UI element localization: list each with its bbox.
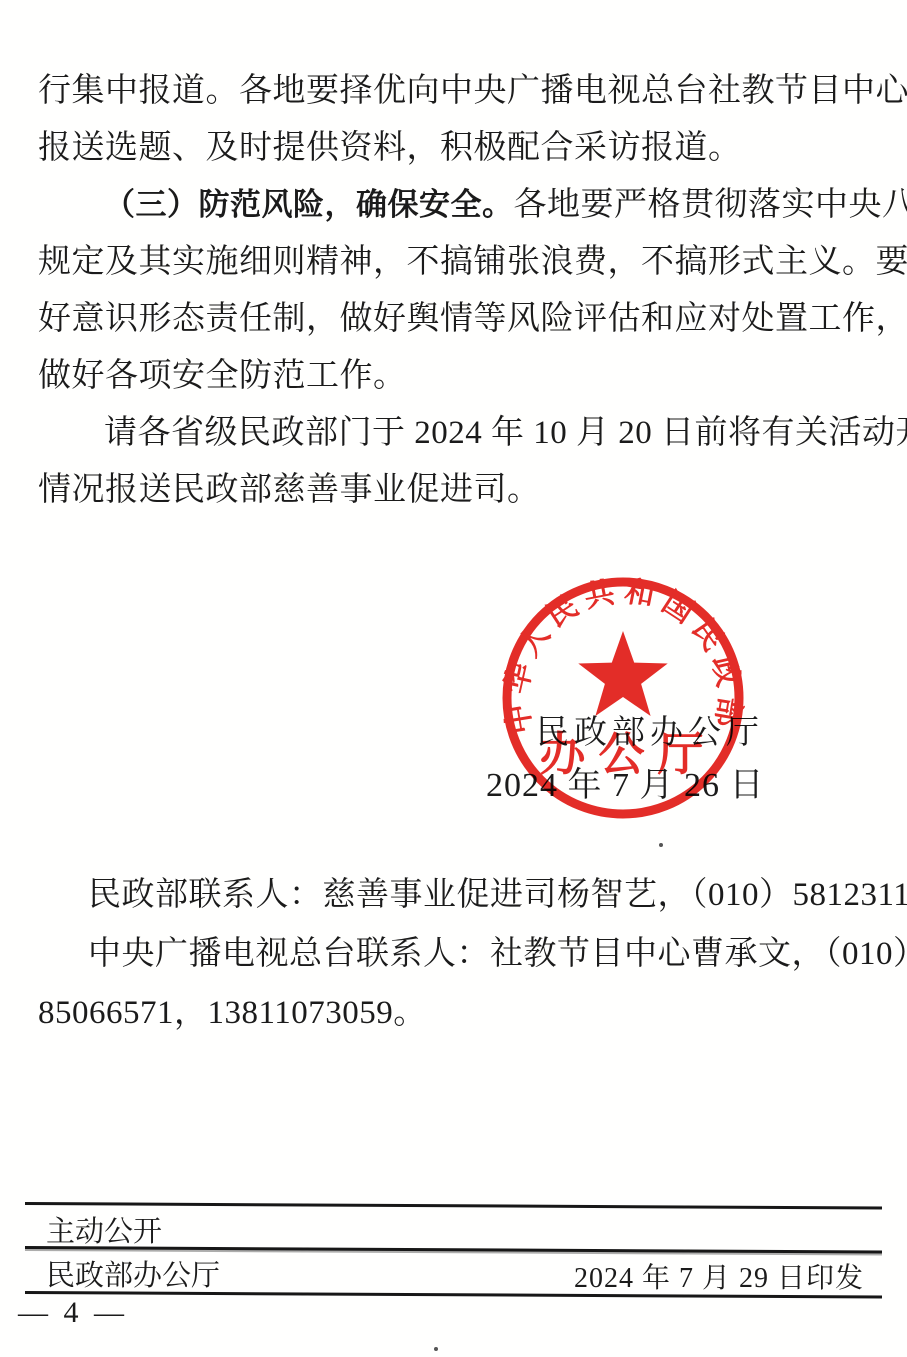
body-text: 行集中报道。各地要择优向中央广播电视总台社教节目中心提前报送选题、及时提供资料，… — [38, 62, 874, 518]
body-line-text: 各地要严格贯彻落实中央八项 — [514, 187, 907, 223]
footer-print-date: 2024 年 7 月 29 日印发 — [574, 1256, 864, 1296]
contact-line: 85066571，13811073059。 — [38, 984, 878, 1043]
contact-line: 中央广播电视总台联系人：社教节目中心曹承文，（010） — [38, 925, 878, 984]
footer-disclosure: 主动公开 — [46, 1209, 162, 1250]
body-line-text: 规定及其实施细则精神，不搞铺张浪费，不搞形式主义。要落实 — [38, 244, 907, 280]
body-line: 做好各项安全防范工作。 — [38, 347, 874, 404]
body-line: （三）防范风险，确保安全。各地要严格贯彻落实中央八项 — [38, 176, 874, 233]
document-page: 行集中报道。各地要择优向中央广播电视总台社教节目中心提前报送选题、及时提供资料，… — [0, 0, 907, 1357]
seal-graphic: 中华人民共和国民政部 办公厅 — [497, 572, 749, 824]
contact-line-text: 85066571，13811073059。 — [38, 995, 427, 1031]
body-line: 报送选题、及时提供资料，积极配合采访报道。 — [38, 119, 874, 176]
body-line-text: 做好各项安全防范工作。 — [38, 358, 407, 394]
star-icon — [578, 631, 667, 716]
contact-line-text: 中央广播电视总台联系人：社教节目中心曹承文，（010） — [88, 936, 907, 972]
page-number: — 4 — — [18, 1296, 128, 1330]
body-line-text: 请各省级民政部门于 2024 年 10 月 20 日前将有关活动开展 — [104, 415, 907, 451]
body-line-text: 情况报送民政部慈善事业促进司。 — [38, 472, 541, 508]
body-line-text: 好意识形态责任制，做好舆情等风险评估和应对处置工作，严格 — [38, 301, 907, 337]
body-line: 请各省级民政部门于 2024 年 10 月 20 日前将有关活动开展 — [38, 404, 874, 461]
scan-dot — [659, 843, 663, 847]
scan-dot — [434, 1347, 438, 1351]
footer-issuing-office: 民政部办公厅 — [46, 1253, 220, 1294]
body-line-text: 行集中报道。各地要择优向中央广播电视总台社教节目中心提前 — [38, 73, 907, 109]
body-line: 好意识形态责任制，做好舆情等风险评估和应对处置工作，严格 — [38, 290, 874, 347]
body-line-heading: （三）防范风险，确保安全。 — [104, 187, 514, 222]
body-line: 情况报送民政部慈善事业促进司。 — [38, 461, 874, 518]
contact-line: 民政部联系人：慈善事业促进司杨智艺，（010）58123118。 — [38, 866, 878, 925]
body-line: 规定及其实施细则精神，不搞铺张浪费，不搞形式主义。要落实 — [38, 233, 874, 290]
body-line-text: 报送选题、及时提供资料，积极配合采访报道。 — [38, 130, 742, 166]
contact-info: 民政部联系人：慈善事业促进司杨智艺，（010）58123118。中央广播电视总台… — [38, 866, 878, 1043]
body-line: 行集中报道。各地要择优向中央广播电视总台社教节目中心提前 — [38, 62, 874, 119]
official-seal: 中华人民共和国民政部 办公厅 — [497, 572, 749, 824]
contact-line-text: 民政部联系人：慈善事业促进司杨智艺，（010）58123118。 — [88, 877, 907, 913]
seal-bottom-text: 办公厅 — [540, 729, 717, 780]
